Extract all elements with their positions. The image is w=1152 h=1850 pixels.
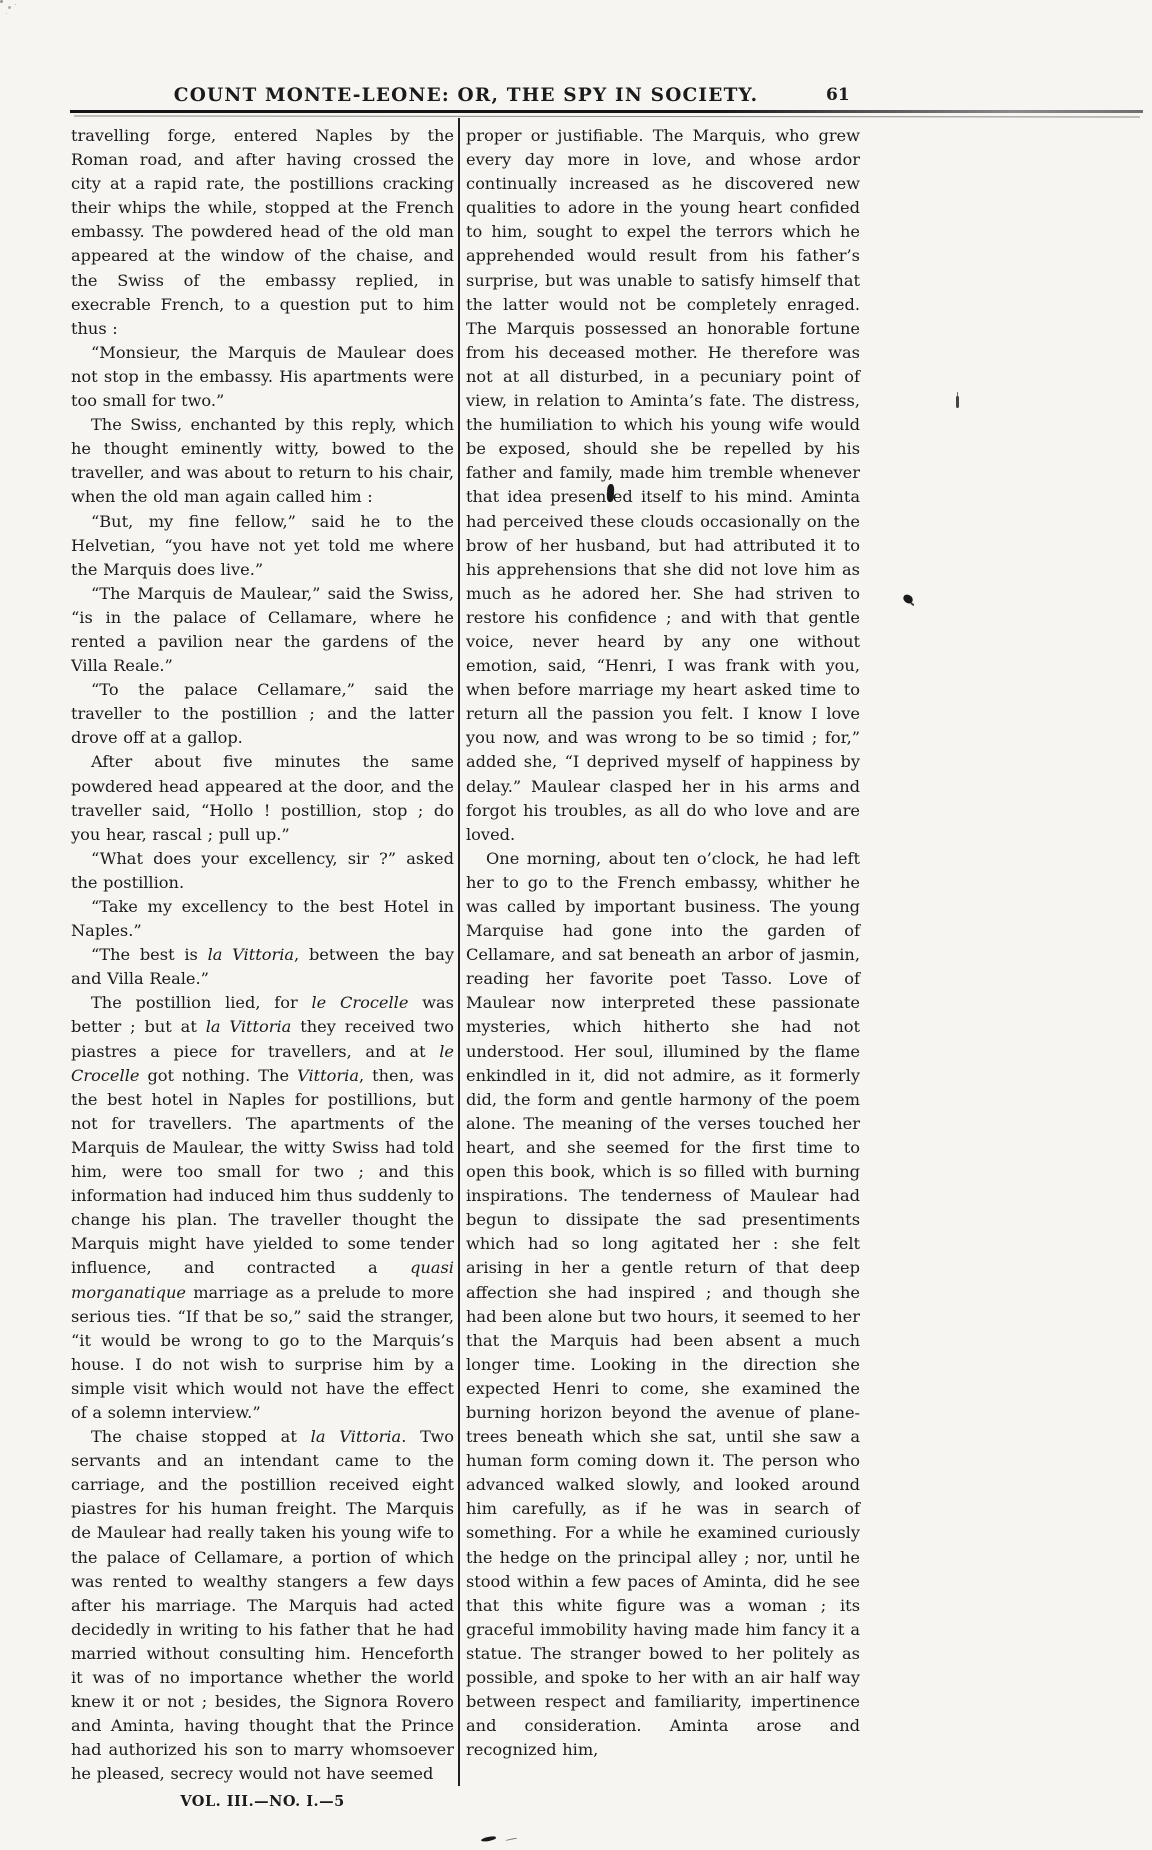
paragraph: “What does your excellency, sir ?” asked… xyxy=(71,847,454,895)
paragraph: “But, my fine fellow,” said he to the He… xyxy=(71,510,454,582)
scanned-book-page: COUNT MONTE-LEONE: OR, THE SPY IN SOCIET… xyxy=(0,0,1152,1850)
header-rule-thick xyxy=(70,110,1143,113)
paragraph: proper or justifiable. The Marquis, who … xyxy=(466,124,860,847)
bottom-smudge-artifact xyxy=(481,1835,497,1842)
paragraph: The postillion lied, for le Crocelle was… xyxy=(71,991,454,1425)
paragraph: “Take my excellency to the best Hotel in… xyxy=(71,895,454,943)
paragraph: travelling forge, entered Naples by the … xyxy=(71,124,454,341)
paragraph: “The best is la Vittoria, between the ba… xyxy=(71,943,454,991)
page-number: 61 xyxy=(826,85,876,105)
paragraph: The Swiss, enchanted by this reply, whic… xyxy=(71,413,454,509)
header-rule-thin xyxy=(74,115,1140,117)
column-divider-rule xyxy=(458,118,460,1786)
paragraph: The chaise stopped at la Vittoria. Two s… xyxy=(71,1425,454,1786)
corner-speckle-artifact xyxy=(0,0,3,3)
paragraph: “Monsieur, the Marquis de Maulear does n… xyxy=(71,341,454,413)
paragraph: After about five minutes the same powder… xyxy=(71,750,454,846)
paragraph: One morning, about ten o’clock, he had l… xyxy=(466,847,860,1763)
running-title: COUNT MONTE-LEONE: OR, THE SPY IN SOCIET… xyxy=(70,85,862,106)
paragraph: “To the palace Cellamare,” said the trav… xyxy=(71,678,454,750)
left-text-column: travelling forge, entered Naples by the … xyxy=(71,124,454,1810)
volume-signature-line: VOL. III.—NO. I.—5 xyxy=(71,1793,454,1810)
right-text-column: proper or justifiable. The Marquis, who … xyxy=(466,124,860,1762)
paragraph: “The Marquis de Maulear,” said the Swiss… xyxy=(71,582,454,678)
margin-tick-artifact xyxy=(956,396,959,408)
margin-speck-artifact xyxy=(902,593,914,604)
